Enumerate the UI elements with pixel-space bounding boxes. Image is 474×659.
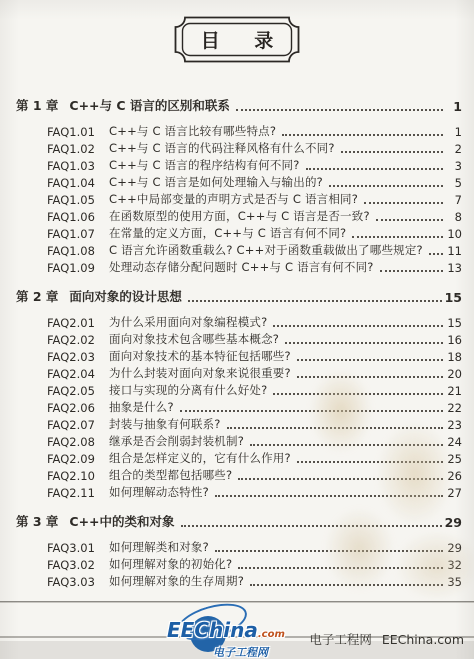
page-title: 目 录 — [173, 15, 301, 64]
toc-entry-title: C++与 C 语言的代码注释风格有什么不同? — [109, 140, 335, 156]
toc-entry-title: 抽象是什么? — [109, 399, 174, 415]
toc-entry-page: 3 — [446, 159, 462, 173]
toc-entry-label: FAQ2.04 — [47, 367, 96, 381]
logo-tld: .com — [258, 629, 285, 640]
toc-entry-title: C++中的类和对象 — [69, 512, 174, 530]
dot-leader — [215, 495, 443, 497]
toc-entry-page: 25 — [446, 452, 462, 466]
logo-name: EEChina — [167, 618, 258, 642]
toc-entry-label: FAQ2.08 — [47, 435, 96, 449]
dot-leader — [297, 359, 443, 361]
scanned-toc-page: 目 录 第 1 章 C++与 C 语言的区别和联系 1 FAQ1.01 C++与… — [0, 0, 474, 659]
toc-entry-title: 封装与抽象有何联系? — [109, 416, 221, 432]
dot-leader — [250, 444, 443, 446]
toc-entry-page: 7 — [446, 193, 462, 207]
toc-entry-title: 面向对象技术的基本特征包括哪些? — [109, 348, 291, 364]
dot-leader — [429, 253, 443, 255]
toc-row: FAQ3.03 如何理解对象的生存周期? 35 — [16, 572, 462, 589]
toc-entry-title: C++与 C 语言比较有哪些特点? — [109, 123, 276, 139]
toc-entry-page: 20 — [446, 367, 462, 381]
toc-entry-label: FAQ1.04 — [47, 176, 96, 190]
toc-entry-label: 第 3 章 — [16, 512, 58, 530]
toc-row: FAQ2.06 抽象是什么? 22 — [16, 398, 462, 415]
dot-leader — [188, 300, 442, 302]
dot-leader — [180, 410, 443, 412]
toc-entry-label: FAQ1.06 — [47, 210, 96, 224]
toc-row: FAQ3.01 如何理解类和对象? 29 — [16, 538, 462, 555]
toc-row: FAQ3.02 如何理解对象的初始化? 32 — [16, 555, 462, 572]
toc-entry-label: FAQ1.07 — [47, 227, 96, 241]
dot-leader — [380, 270, 443, 272]
toc-entry-label: FAQ2.10 — [47, 469, 96, 483]
toc-entry-title: C++与 C 语言是如何处理输入与输出的? — [109, 174, 323, 190]
toc-entry-page: 2 — [446, 142, 462, 156]
dot-leader — [273, 325, 443, 327]
toc-entry-page: 1 — [446, 99, 462, 114]
toc-row: FAQ1.06 在函数原型的使用方面，C++与 C 语言是否一致? 8 — [16, 207, 462, 224]
toc-row: FAQ1.09 处理动态存储分配问题时 C++与 C 语言有何不同? 13 — [16, 258, 462, 275]
toc-entry-title: 如何理解动态特性? — [109, 484, 209, 500]
toc-entry-page: 15 — [446, 316, 462, 330]
toc-entry-title: 在常量的定义方面，C++与 C 语言有何不同? — [109, 225, 346, 241]
toc-entry-page: 5 — [446, 176, 462, 190]
toc-row: FAQ2.08 继承是否会削弱封装机制? 24 — [16, 432, 462, 449]
dot-leader — [181, 525, 442, 527]
toc-row: FAQ2.01 为什么采用面向对象编程模式? 15 — [16, 313, 462, 330]
toc-row: FAQ2.02 面向对象技术包含哪些基本概念? 16 — [16, 330, 462, 347]
toc-row: FAQ1.02 C++与 C 语言的代码注释风格有什么不同? 2 — [16, 139, 462, 156]
dot-leader — [273, 393, 443, 395]
dot-leader — [352, 236, 443, 238]
toc-entry-title: C 语言允许函数重载么? C++对于函数重载做出了哪些规定? — [109, 242, 423, 258]
toc-row: FAQ1.04 C++与 C 语言是如何处理输入与输出的? 5 — [16, 173, 462, 190]
dot-leader — [238, 567, 443, 569]
toc-entry-label: FAQ2.02 — [47, 333, 96, 347]
toc-entry-label: FAQ3.02 — [47, 558, 96, 572]
toc-entry-label: FAQ2.07 — [47, 418, 96, 432]
toc-entry-page: 15 — [445, 290, 462, 305]
toc-entry-page: 32 — [446, 558, 462, 572]
toc-row: 第 3 章 C++中的类和对象 29 — [16, 512, 462, 530]
title-plaque-wrap: 目 录 — [0, 0, 474, 64]
toc-entry-title: 处理动态存储分配问题时 C++与 C 语言有何不同? — [109, 259, 374, 275]
dot-leader — [282, 134, 443, 136]
toc-entry-label: FAQ2.05 — [47, 384, 96, 398]
toc-entry-page: 8 — [446, 210, 462, 224]
toc-row: FAQ2.11 如何理解动态特性? 27 — [16, 483, 462, 500]
eechina-logo: EEChina.com电子工程网 — [143, 605, 293, 657]
toc-entry-title: 接口与实现的分离有什么好处? — [109, 382, 267, 398]
toc-entry-label: FAQ1.01 — [47, 125, 96, 139]
toc-entry-title: 为什么封装对面向对象来说很重要? — [109, 365, 291, 381]
dot-leader — [238, 478, 443, 480]
title-plaque: 目 录 — [173, 15, 301, 64]
toc-entry-title: 组合的类型都包括哪些? — [109, 467, 232, 483]
toc-entry-page: 22 — [446, 401, 462, 415]
dot-leader — [376, 219, 443, 221]
toc-entry-title: 组合是怎样定义的，它有什么作用? — [109, 450, 291, 466]
toc-row: 第 1 章 C++与 C 语言的区别和联系 1 — [16, 96, 462, 114]
dot-leader — [236, 109, 443, 111]
toc-entry-title: 如何理解对象的初始化? — [109, 556, 232, 572]
toc-entry-page: 21 — [446, 384, 462, 398]
dot-leader — [329, 185, 443, 187]
dot-leader — [215, 550, 443, 552]
toc-row: FAQ1.07 在常量的定义方面，C++与 C 语言有何不同? 10 — [16, 224, 462, 241]
dot-leader — [227, 427, 443, 429]
dot-leader — [285, 342, 443, 344]
toc-entry-page: 29 — [446, 541, 462, 555]
toc-entry-label: FAQ2.11 — [47, 486, 96, 500]
toc-entry-page: 10 — [446, 227, 462, 241]
toc-row: 第 2 章 面向对象的设计思想 15 — [16, 287, 462, 305]
toc-entry-title: C++中局部变量的声明方式是否与 C 语言相同? — [109, 191, 358, 207]
toc-entry-title: 如何理解类和对象? — [109, 539, 209, 555]
toc-entry-page: 18 — [446, 350, 462, 364]
toc-entry-label: FAQ1.08 — [47, 244, 96, 258]
toc-row: FAQ1.03 C++与 C 语言的程序结构有何不同? 3 — [16, 156, 462, 173]
toc-row: FAQ1.08 C 语言允许函数重载么? C++对于函数重载做出了哪些规定? 1… — [16, 241, 462, 258]
toc-entry-label: FAQ2.01 — [47, 316, 96, 330]
footer-site-name: 电子工程网 — [309, 632, 372, 647]
toc-entry-title: 面向对象技术包含哪些基本概念? — [109, 331, 279, 347]
toc-row: FAQ2.10 组合的类型都包括哪些? 26 — [16, 466, 462, 483]
toc-entry-label: FAQ2.03 — [47, 350, 96, 364]
toc-entry-label: FAQ1.03 — [47, 159, 96, 173]
toc-row: FAQ1.05 C++中局部变量的声明方式是否与 C 语言相同? 7 — [16, 190, 462, 207]
toc-entry-page: 13 — [446, 261, 462, 275]
toc-entry-page: 23 — [446, 418, 462, 432]
toc-entry-label: FAQ2.09 — [47, 452, 96, 466]
toc-entry-title: C++与 C 语言的区别和联系 — [69, 96, 230, 114]
toc-entry-label: FAQ1.02 — [47, 142, 96, 156]
logo-tagline: 电子工程网 — [213, 644, 285, 659]
dot-leader — [364, 202, 443, 204]
toc-entry-label: 第 2 章 — [16, 287, 58, 305]
toc-entry-label: FAQ1.09 — [47, 261, 96, 275]
dot-leader — [250, 584, 443, 586]
toc-row: FAQ2.09 组合是怎样定义的，它有什么作用? 25 — [16, 449, 462, 466]
toc-entry-title: 面向对象的设计思想 — [69, 287, 182, 305]
dot-leader — [341, 151, 443, 153]
toc-row: FAQ1.01 C++与 C 语言比较有哪些特点? 1 — [16, 122, 462, 139]
toc-entry-title: 为什么采用面向对象编程模式? — [109, 314, 267, 330]
toc-entry-label: FAQ1.05 — [47, 193, 96, 207]
toc-entry-page: 29 — [445, 515, 462, 530]
dot-leader — [306, 168, 443, 170]
toc-entry-label: FAQ2.06 — [47, 401, 96, 415]
toc-row: FAQ2.07 封装与抽象有何联系? 23 — [16, 415, 462, 432]
toc-entry-label: FAQ3.03 — [47, 575, 96, 589]
toc-entry-title: 在函数原型的使用方面，C++与 C 语言是否一致? — [109, 208, 370, 224]
toc-entry-page: 1 — [446, 125, 462, 139]
toc-entry-page: 26 — [446, 469, 462, 483]
toc-entry-title: 如何理解对象的生存周期? — [109, 573, 244, 589]
toc-entry-page: 16 — [446, 333, 462, 347]
toc-row: FAQ2.04 为什么封装对面向对象来说很重要? 20 — [16, 364, 462, 381]
dot-leader — [297, 376, 443, 378]
toc-list: 第 1 章 C++与 C 语言的区别和联系 1 FAQ1.01 C++与 C 语… — [16, 96, 462, 589]
footer-site-domain: EEChina.com — [382, 632, 464, 647]
footer-site-text: 电子工程网EEChina.com — [309, 630, 464, 648]
logo-wordmark: EEChina.com电子工程网 — [167, 621, 285, 659]
toc-entry-page: 11 — [446, 244, 462, 258]
toc-entry-title: C++与 C 语言的程序结构有何不同? — [109, 157, 300, 173]
toc-entry-page: 24 — [446, 435, 462, 449]
toc-entry-label: FAQ3.01 — [47, 541, 96, 555]
toc-entry-title: 继承是否会削弱封装机制? — [109, 433, 244, 449]
toc-entry-page: 27 — [446, 486, 462, 500]
toc-row: FAQ2.03 面向对象技术的基本特征包括哪些? 18 — [16, 347, 462, 364]
toc-entry-label: 第 1 章 — [16, 96, 58, 114]
toc-entry-page: 35 — [446, 575, 462, 589]
page-bottom-rule — [0, 601, 474, 603]
dot-leader — [297, 461, 443, 463]
toc-row: FAQ2.05 接口与实现的分离有什么好处? 21 — [16, 381, 462, 398]
